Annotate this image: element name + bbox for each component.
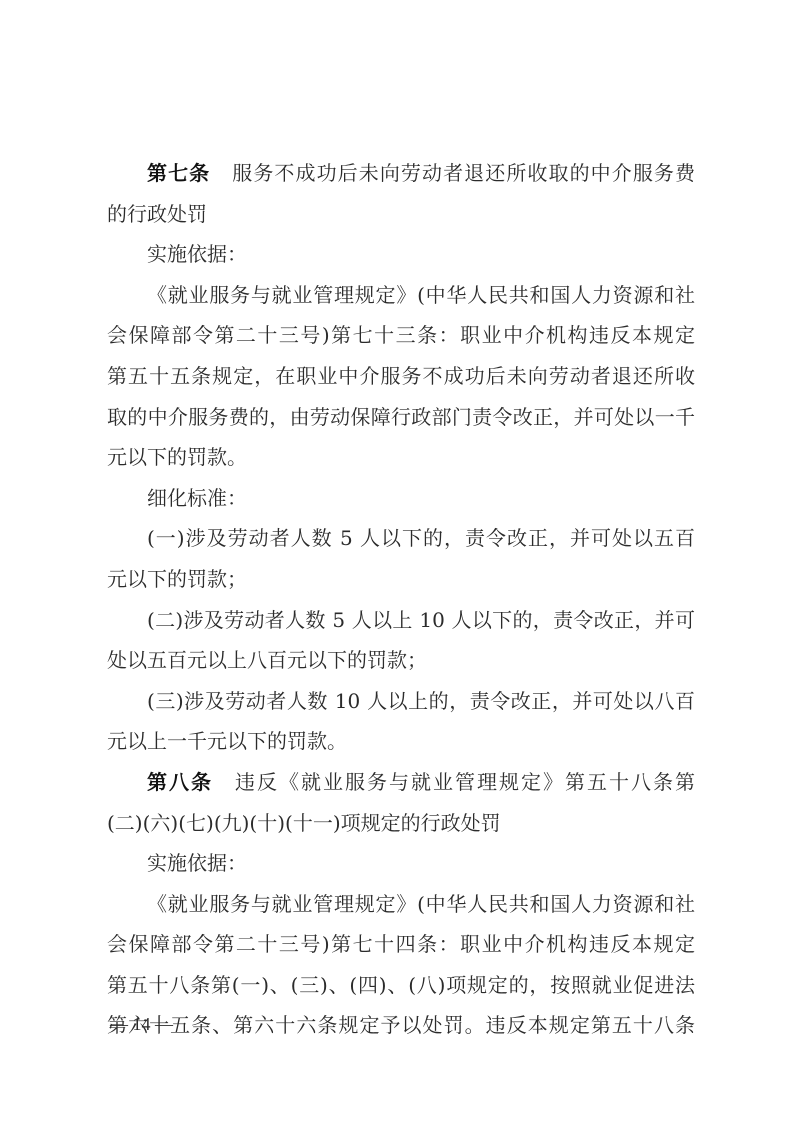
article-7-basis-line: 会保障部令第二十三号)第七十三条：职业中介机构违反本规定 <box>107 315 695 356</box>
article-7-title-line-1: 服务不成功后未向劳动者退还所收取的中介服务费 <box>232 161 695 185</box>
article-8-title-line-1: 违反《就业服务与就业管理规定》第五十八条第 <box>235 770 695 794</box>
article-8-basis-line: 第五十八条第(一)、(三)、(四)、(八)项规定的，按照就业促进法 <box>107 965 695 1006</box>
article-7-basis-heading: 实施依据： <box>107 234 695 275</box>
page-number: — 14 — <box>110 1012 173 1036</box>
article-7-basis-line: 取的中介服务费的，由劳动保障行政部门责令改正，并可处以一千 <box>107 397 695 438</box>
article-7-standard-line: 元以上一千元以下的罚款。 <box>107 721 695 762</box>
article-8-basis-line: 《就业服务与就业管理规定》(中华人民共和国人力资源和社 <box>107 884 695 925</box>
article-8-heading: 第八条违反《就业服务与就业管理规定》第五十八条第 <box>107 762 695 803</box>
article-7-standard-line: 元以下的罚款； <box>107 559 695 600</box>
article-7-standard-line: (一)涉及劳动者人数 5 人以下的，责令改正，并可处以五百 <box>107 518 695 559</box>
article-7-heading: 第七条服务不成功后未向劳动者退还所收取的中介服务费 <box>107 153 695 194</box>
article-7-standard-line: (二)涉及劳动者人数 5 人以上 10 人以下的，责令改正，并可 <box>107 600 695 641</box>
article-7-standard-line: 处以五百元以上八百元以下的罚款； <box>107 640 695 681</box>
article-7-standard-line: (三)涉及劳动者人数 10 人以上的，责令改正，并可处以八百 <box>107 681 695 722</box>
article-8-basis-line: 会保障部令第二十三号)第七十四条：职业中介机构违反本规定 <box>107 924 695 965</box>
article-8-basis-line: 第六十五条、第六十六条规定予以处罚。违反本规定第五十八条 <box>107 1005 695 1046</box>
article-7-title-line-2: 的行政处罚 <box>107 194 695 235</box>
document-page: 第七条服务不成功后未向劳动者退还所收取的中介服务费 的行政处罚 实施依据： 《就… <box>107 153 695 1046</box>
article-7-basis-line: 第五十五条规定，在职业中介服务不成功后未向劳动者退还所收 <box>107 356 695 397</box>
article-8-basis-heading: 实施依据： <box>107 843 695 884</box>
article-7-label: 第七条 <box>147 161 210 185</box>
article-8-label: 第八条 <box>147 770 213 794</box>
article-7-basis-line: 元以下的罚款。 <box>107 437 695 478</box>
article-7-basis-line: 《就业服务与就业管理规定》(中华人民共和国人力资源和社 <box>107 275 695 316</box>
article-8-title-line-2: (二)(六)(七)(九)(十)(十一)项规定的行政处罚 <box>107 803 695 844</box>
article-7-standard-heading: 细化标准： <box>107 478 695 519</box>
